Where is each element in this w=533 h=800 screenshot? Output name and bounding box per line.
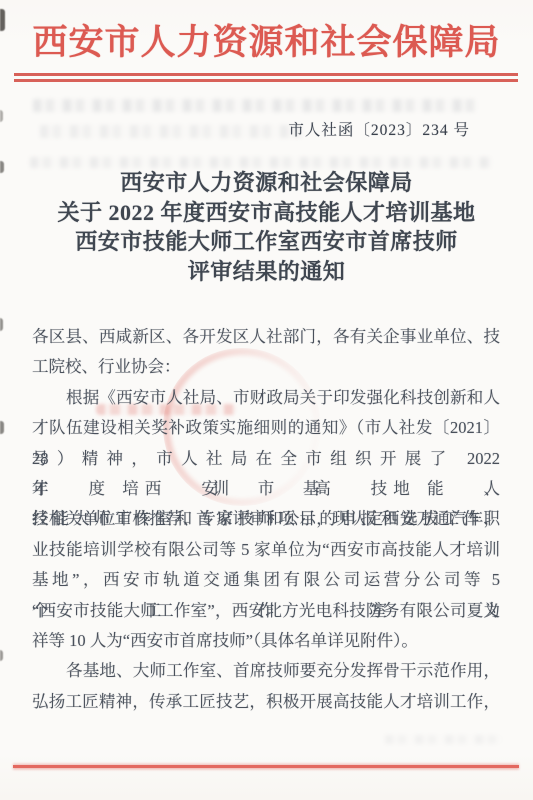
- title-line: 评审结果的通知: [0, 257, 533, 287]
- title-line: 西安市技能大师工作室西安市首席技师: [0, 227, 533, 257]
- body-line: 根据《西安市人社局、市财政局关于印发强化科技创新和人: [32, 383, 500, 413]
- body-line: 才队伍建设相关奖补政策实施细则的通知》（市人社发〔2021〕28: [32, 413, 500, 443]
- letterhead-double-rule: [14, 73, 518, 82]
- body-line: 业技能培训学校有限公司等 5 家单位为“西安市高技能人才培训: [32, 535, 500, 565]
- ink-bleed-smudge: [385, 735, 503, 744]
- document-number: 市人社函〔2023〕234 号: [288, 121, 470, 141]
- letterhead-agency-name: 西安市人力资源和社会保障局: [0, 20, 533, 66]
- body-line: 祥等 10 人为“西安市首席技师”（具体名单详见附件）。: [32, 626, 500, 656]
- body-line: 各区县、西咸新区、各开发区人社部门，各有关企事业单位、技: [32, 322, 500, 352]
- body-line: 经相关单位审核推荐、专家评审和公示，现认定西安万通汽车职: [32, 504, 500, 534]
- scan-edge-artifact: [0, 421, 4, 434]
- scan-edge-artifact: [0, 650, 3, 661]
- document-body: 各区县、西咸新区、各开发区人社部门，各有关企事业单位、技工院校、行业协会：根据《…: [32, 322, 500, 717]
- body-line: 号）精神，市人社局在全市组织开展了 2022 年度西安市高技能人: [32, 444, 500, 474]
- ink-bleed-smudge: [33, 99, 477, 112]
- body-line: 各基地、大师工作室、首席技师要充分发挥骨干示范作用，: [32, 656, 500, 686]
- body-line: 工院校、行业协会：: [32, 352, 500, 382]
- page-bottom-rule: [13, 765, 519, 768]
- body-line: 基地”，西安市轨道交通集团有限公司运营分公司等 5 个工作室为: [32, 565, 500, 595]
- scan-edge-artifact: [0, 110, 3, 122]
- body-line: “西安市技能大师工作室”，西安北方光电科技防务有限公司夏义: [32, 596, 500, 626]
- body-line: 弘扬工匠精神，传承工匠技艺，积极开展高技能人才培训工作，: [32, 687, 500, 717]
- scan-edge-artifact: [0, 318, 3, 331]
- title-line: 关于 2022 年度西安市高技能人才培训基地: [0, 198, 533, 228]
- document-title: 西安市人力资源和社会保障局关于 2022 年度西安市高技能人才培训基地西安市技能…: [0, 168, 533, 286]
- ink-bleed-smudge: [30, 157, 492, 168]
- ink-bleed-smudge: [40, 125, 302, 138]
- scanned-notice-page: 西安市人力资源和社会保障局 市人社函〔2023〕234 号 西安市人力资源和社会…: [0, 0, 533, 800]
- body-line: 才培训基地、技能大师工作室和首席技师项目的申报和选拔工作，: [32, 474, 500, 504]
- title-line: 西安市人力资源和社会保障局: [0, 168, 533, 198]
